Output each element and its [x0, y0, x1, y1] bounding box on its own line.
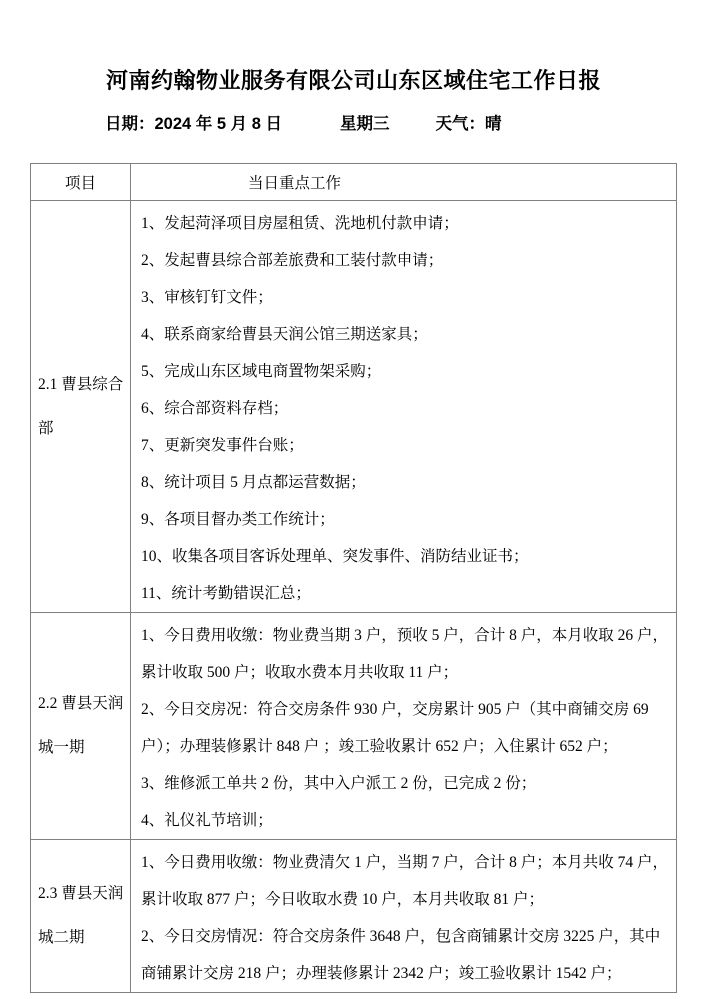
work-item: 1、今日费用收缴：物业费清欠 1 户，当期 7 户，合计 8 户；本月共收 74… — [141, 844, 668, 918]
work-items-cell: 1、发起菏泽项目房屋租赁、洗地机付款申请； 2、发起曹县综合部差旅费和工装付款申… — [131, 201, 677, 613]
table-row: 2.1 曹县综合部 1、发起菏泽项目房屋租赁、洗地机付款申请； 2、发起曹县综合… — [31, 201, 677, 613]
work-item: 1、今日费用收缴：物业费当期 3 户，预收 5 户，合计 8 户，本月收取 26… — [141, 617, 668, 691]
work-item: 2、今日交房情况：符合交房条件 3648 户，包含商铺累计交房 3225 户，其… — [141, 918, 668, 992]
work-items-cell: 1、今日费用收缴：物业费当期 3 户，预收 5 户，合计 8 户，本月收取 26… — [131, 613, 677, 840]
work-item: 2、发起曹县综合部差旅费和工装付款申请； — [141, 242, 668, 279]
work-item: 4、礼仪礼节培训； — [141, 802, 668, 839]
document-title: 河南约翰物业服务有限公司山东区域住宅工作日报 — [0, 64, 707, 95]
work-item: 9、各项目督办类工作统计； — [141, 501, 668, 538]
work-item: 7、更新突发事件台账； — [141, 427, 668, 464]
table-row: 2.3 曹县天润城二期 1、今日费用收缴：物业费清欠 1 户，当期 7 户，合计… — [31, 840, 677, 993]
work-item: 3、维修派工单共 2 份，其中入户派工 2 份，已完成 2 份； — [141, 765, 668, 802]
work-items-cell: 1、今日费用收缴：物业费清欠 1 户，当期 7 户，合计 8 户；本月共收 74… — [131, 840, 677, 993]
daily-report-table: 项目 当日重点工作 2.1 曹县综合部 1、发起菏泽项目房屋租赁、洗地机付款申请… — [30, 163, 677, 993]
date-label: 日期：2024 年 5 月 8 日 — [105, 110, 282, 134]
table-row: 2.2 曹县天润城一期 1、今日费用收缴：物业费当期 3 户，预收 5 户，合计… — [31, 613, 677, 840]
work-item: 5、完成山东区域电商置物架采购； — [141, 353, 668, 390]
project-label: 2.3 曹县天润城二期 — [31, 840, 131, 993]
work-item: 4、联系商家给曹县天润公馆三期送家具； — [141, 316, 668, 353]
work-item: 1、发起菏泽项目房屋租赁、洗地机付款申请； — [141, 205, 668, 242]
work-item: 2、今日交房况：符合交房条件 930 户，交房累计 905 户（其中商铺交房 6… — [141, 691, 668, 765]
column-header-work: 当日重点工作 — [131, 164, 677, 201]
weekday-label: 星期三 — [340, 110, 390, 134]
project-label: 2.2 曹县天润城一期 — [31, 613, 131, 840]
work-item: 3、审核钉钉文件； — [141, 279, 668, 316]
daily-report-document: 河南约翰物业服务有限公司山东区域住宅工作日报 日期：2024 年 5 月 8 日… — [0, 0, 707, 999]
work-item: 11、统计考勤错误汇总； — [141, 575, 668, 612]
work-item: 6、综合部资料存档； — [141, 390, 668, 427]
work-item: 10、收集各项目客诉处理单、突发事件、消防结业证书； — [141, 538, 668, 575]
work-item: 8、统计项目 5 月点都运营数据； — [141, 464, 668, 501]
column-header-project: 项目 — [31, 164, 131, 201]
project-label: 2.1 曹县综合部 — [31, 201, 131, 613]
date-line: 日期：2024 年 5 月 8 日 星期三 天气：晴 — [105, 110, 501, 134]
table-header-row: 项目 当日重点工作 — [31, 164, 677, 201]
weather-label: 天气：晴 — [435, 110, 501, 134]
